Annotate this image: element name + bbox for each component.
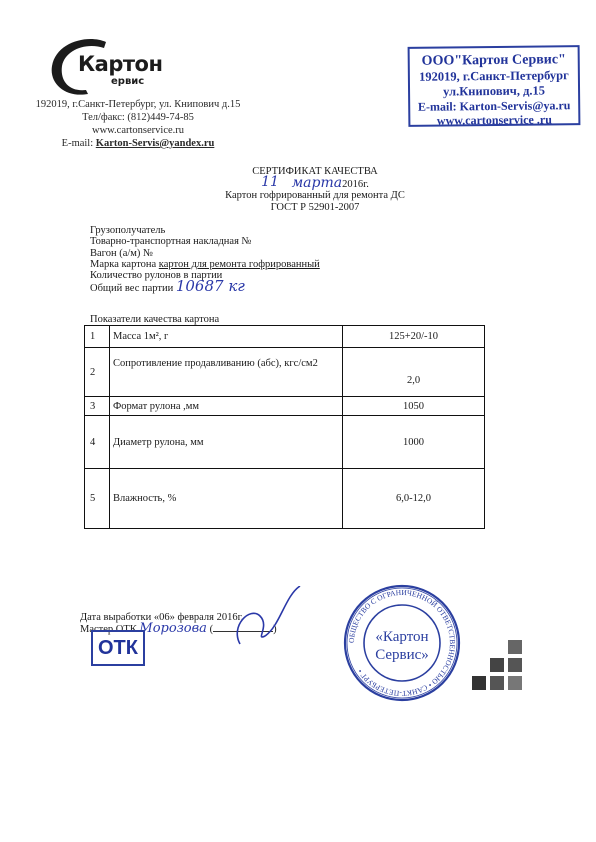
company-address: 192019, г.Санкт-Петербург, ул. Книпович … xyxy=(28,98,248,111)
parameter-value: 2,0 xyxy=(343,348,485,397)
square-icon xyxy=(508,640,522,654)
square-icon xyxy=(508,676,522,690)
quality-table: 1Масса 1м², г125+20/-102Сопротивление пр… xyxy=(84,325,485,529)
company-email-link[interactable]: Karton-Servis@yandex.ru xyxy=(96,138,215,149)
table-row: 2Сопротивление продавливанию (абс), кгс/… xyxy=(85,348,485,397)
stamp-street: ул.Книпович, д.15 xyxy=(410,83,578,100)
stamp-email: E-mail: Karton-Servis@ya.ru xyxy=(410,98,578,114)
logo-subword: ервис xyxy=(111,76,144,87)
square-icon xyxy=(472,676,486,690)
table-row: 4Диаметр рулона, мм1000 xyxy=(85,416,485,469)
signature-scribble-icon xyxy=(200,586,310,646)
parameter-value: 125+20/-10 xyxy=(343,326,485,348)
parameter-name: Сопротивление продавливанию (абс), кгс/с… xyxy=(110,348,343,397)
parameter-name: Формат рулона ,мм xyxy=(110,397,343,416)
company-rect-stamp: ООО"Картон Сервис" 192019, г.Санкт-Петер… xyxy=(408,45,581,127)
total-weight-value: 10687 кг xyxy=(176,277,245,295)
parameter-name: Диаметр рулона, мм xyxy=(110,416,343,469)
corner-squares-mark xyxy=(472,640,528,692)
handwritten-month: марта xyxy=(292,175,343,191)
logo-word: Картон xyxy=(78,52,162,76)
svg-text:«Картон: «Картон xyxy=(375,629,428,645)
company-email-line: E-mail: Karton-Servis@yandex.ru xyxy=(28,137,248,150)
certificate-date: 11 марта2016г. xyxy=(200,178,430,191)
handwritten-day: 11 xyxy=(261,174,279,190)
stamp-company-name: ООО"Картон Сервис" xyxy=(410,51,578,70)
row-number: 3 xyxy=(85,397,110,416)
table-row: 3Формат рулона ,мм1050 xyxy=(85,397,485,416)
stamp-website: www.cartonservice .ru xyxy=(410,112,578,128)
parameter-name: Масса 1м², г xyxy=(110,326,343,348)
square-icon xyxy=(490,658,504,672)
table-row: 5Влажность, %6,0-12,0 xyxy=(85,469,485,529)
total-weight-label: Общий вес партии xyxy=(90,283,176,294)
row-number: 5 xyxy=(85,469,110,529)
row-number: 2 xyxy=(85,348,110,397)
square-icon xyxy=(490,676,504,690)
otk-stamp: ОТК xyxy=(91,630,145,666)
svg-text:Сервис»: Сервис» xyxy=(375,647,429,663)
company-website: www.cartonservice.ru xyxy=(28,124,248,137)
certificate-header: СЕРТИФИКАТ КАЧЕСТВА 11 марта2016г. Карто… xyxy=(200,166,430,213)
square-icon xyxy=(508,658,522,672)
date-year: 2016г. xyxy=(342,179,369,190)
company-logo: Картон ервис xyxy=(48,36,158,98)
parameter-value: 6,0-12,0 xyxy=(343,469,485,529)
row-number: 1 xyxy=(85,326,110,348)
quality-table-caption: Показатели качества картона xyxy=(90,314,219,325)
field-total-weight: Общий вес партии 10687 кг xyxy=(90,281,320,294)
parameter-value: 1000 xyxy=(343,416,485,469)
field-waybill: Товарно-транспортная накладная № xyxy=(90,236,320,247)
field-consignee: Грузополучатель xyxy=(90,225,320,236)
field-wagon: Вагон (а/м) № xyxy=(90,248,320,259)
company-phone: Тел/факс: (812)449-74-85 xyxy=(28,111,248,124)
row-number: 4 xyxy=(85,416,110,469)
product-name: Картон гофрированный для ремонта ДС xyxy=(200,190,430,202)
standard-code: ГОСТ Р 52901-2007 xyxy=(200,202,430,214)
master-signature: Морозова xyxy=(139,621,207,636)
shipment-fields: Грузополучатель Товарно-транспортная нак… xyxy=(90,225,320,295)
grade-label: Марка картона xyxy=(90,259,159,270)
grade-value: картон для ремонта гофрированный xyxy=(159,259,320,270)
stamp-city: 192019, г.Санкт-Петербург xyxy=(410,68,578,85)
parameter-name: Влажность, % xyxy=(110,469,343,529)
field-grade: Марка картона картон для ремонта гофриро… xyxy=(90,259,320,270)
company-address-block: 192019, г.Санкт-Петербург, ул. Книпович … xyxy=(28,98,248,150)
round-company-stamp: ОБЩЕСТВО С ОГРАНИЧЕННОЙ ОТВЕТСТВЕННОСТЬЮ… xyxy=(342,583,462,703)
table-row: 1Масса 1м², г125+20/-10 xyxy=(85,326,485,348)
email-label: E-mail: xyxy=(62,138,96,149)
parameter-value: 1050 xyxy=(343,397,485,416)
